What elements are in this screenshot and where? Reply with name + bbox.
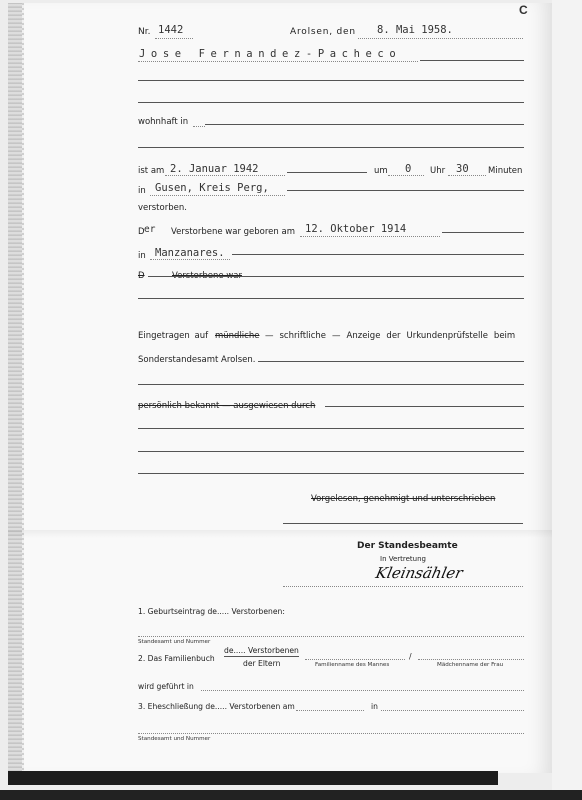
corner-mark: C — [519, 3, 528, 17]
footer-item2-fraction-line — [224, 656, 299, 657]
deceased-name: Jose Fernandez-Pacheco — [139, 48, 401, 60]
uhr-label: Uhr — [430, 166, 445, 176]
date-value: 8. Mai 1958. — [377, 24, 453, 36]
blank-line-7 — [138, 451, 524, 452]
minutes-value: 30 — [456, 163, 469, 175]
death-place-value: Gusen, Kreis Perg, — [155, 182, 269, 194]
hour-value: 0 — [405, 163, 411, 175]
birth-place-underline — [150, 259, 230, 260]
footer-item1-caption: Standesamt und Nummer — [138, 639, 210, 645]
um-label: um — [374, 166, 388, 176]
date-underline — [358, 38, 523, 39]
hour-underline — [388, 175, 424, 176]
blank-line-4 — [138, 298, 524, 299]
marital-strike-line — [148, 276, 524, 277]
residence-label: wohnhaft in — [138, 117, 188, 127]
birth-place-label: in — [138, 251, 146, 261]
verstorben-label: verstorben. — [138, 203, 187, 213]
footer-item3-label: 3. Eheschließung de..... Verstorbenen am — [138, 702, 295, 711]
official-title: Der Standesbeamte — [357, 541, 458, 551]
page-edge-strip-inner — [22, 3, 24, 773]
official-signature-line — [283, 586, 523, 587]
nr-value: 1442 — [158, 24, 183, 36]
footer-separator: / — [409, 652, 412, 661]
residence-line — [205, 124, 524, 125]
footer-item3-caption: Standesamt und Nummer — [138, 736, 210, 742]
page-edge-strip — [8, 3, 22, 773]
footer-caption-wife: Mädchenname der Frau — [437, 662, 503, 668]
marital-prefix: D — [138, 271, 145, 281]
birth-prefix-typed: er — [144, 224, 155, 235]
birth-date-underline — [300, 236, 440, 237]
party-signature-line — [283, 523, 523, 524]
right-margin — [552, 0, 582, 790]
nr-label: Nr. — [138, 27, 150, 37]
death-date-line — [287, 172, 367, 173]
footer-caption-husband: Familienname des Mannes — [315, 662, 389, 668]
footer-item2-upper: de..... Verstorbenen — [224, 646, 299, 655]
death-place-label: in — [138, 186, 146, 196]
residence-dots — [193, 126, 205, 127]
blank-line-3 — [138, 147, 524, 148]
nr-underline — [155, 38, 193, 39]
blank-line-6 — [138, 428, 524, 429]
footer-item1-label: 1. Geburtseintrag de..... Verstorbenen: — [138, 607, 285, 616]
official-signature: Kleinsähler — [374, 564, 464, 582]
death-place-underline — [150, 195, 285, 196]
minutes-underline — [448, 175, 486, 176]
death-place-line — [287, 190, 524, 191]
name-underline — [138, 61, 418, 62]
registration-label-middle: — schriftliche — Anzeige der Urkundenprü… — [265, 331, 515, 341]
death-date-label: ist am — [138, 166, 164, 176]
death-date-underline — [165, 175, 285, 176]
birth-label: Verstorbene war geboren am — [171, 227, 295, 237]
name-line-fill — [420, 60, 524, 61]
birth-date-value: 12. Oktober 1914 — [305, 223, 406, 235]
footer-wife-line — [418, 659, 524, 660]
footer-item2-label: 2. Das Familienbuch — [138, 654, 215, 663]
identification-line — [325, 406, 524, 407]
official-subtitle: In Vertretung — [380, 555, 426, 563]
footer-item3-place-line — [381, 710, 524, 711]
read-approved-label: Vorgelesen, genehmigt und unterschrieben — [311, 494, 495, 504]
footer-kept-label: wird geführt in — [138, 682, 194, 691]
identification-label: persönlich bekannt — ausgewiesen durch — [138, 401, 315, 411]
registration-label-start: Eingetragen auf — [138, 331, 208, 341]
blank-line-1 — [138, 80, 524, 81]
footer-item3-registry-line — [138, 733, 524, 734]
blank-line-5 — [138, 384, 524, 385]
place-label: Arolsen, den — [290, 27, 356, 37]
death-date-value: 2. Januar 1942 — [170, 163, 259, 175]
death-certificate-page — [8, 3, 552, 773]
bottom-shadow-band — [8, 771, 498, 785]
footer-item3-date-line — [296, 710, 364, 711]
footer-item3-in: in — [371, 702, 378, 711]
registration-struck-word: mündliche — [215, 331, 259, 341]
minutes-label: Minuten — [488, 166, 522, 176]
birth-place-value: Manzanares. — [155, 247, 225, 259]
page-fold — [8, 530, 552, 538]
footer-item2-lower: der Eltern — [243, 659, 280, 668]
blank-line-8 — [138, 473, 524, 474]
footer-kept-line — [201, 690, 524, 691]
bottom-border — [0, 790, 582, 800]
registration-label-line2: Sonderstandesamt Arolsen. — [138, 355, 255, 365]
birth-place-line — [232, 254, 524, 255]
blank-line-2 — [138, 102, 524, 103]
registration-line — [258, 361, 524, 362]
footer-item1-line — [138, 636, 524, 637]
footer-husband-line — [305, 659, 405, 660]
birth-date-line — [442, 232, 524, 233]
